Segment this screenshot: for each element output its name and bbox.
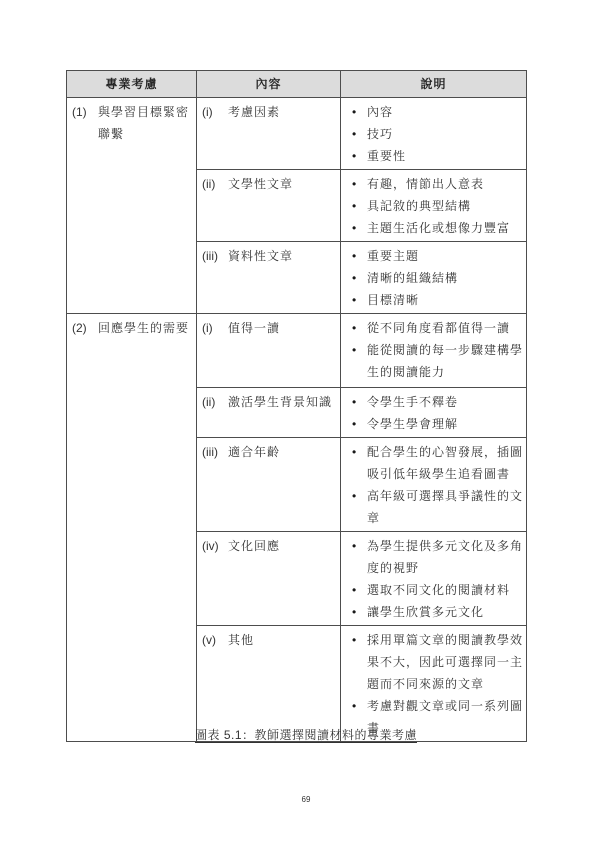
explanation-cell: •從不同角度看都值得一讀 •能從閱讀的每一步驟建構學生的閱讀能力 <box>341 314 527 388</box>
bullet-icon: • <box>352 441 367 463</box>
document-page: { "table": { "headers": ["專業考慮", "內容", "… <box>0 0 612 858</box>
bullet-text: 具記敘的典型結構 <box>367 195 526 217</box>
content-cell: (v) 其他 <box>197 626 341 742</box>
item-number: (iv) <box>202 535 228 557</box>
bullet-icon: • <box>352 535 367 557</box>
item-title: 考慮因素 <box>228 101 340 123</box>
bullet-text: 從不同角度看都值得一讀 <box>367 317 526 339</box>
bullet-icon: • <box>352 217 367 239</box>
bullet-icon: • <box>352 267 367 289</box>
considerations-table-wrap: 專業考慮 內容 說明 (1) 與學習目標緊密聯繫 (i) 考慮因素 <box>66 70 526 742</box>
bullet-icon: • <box>352 485 367 507</box>
bullet-text: 讓學生欣賞多元文化 <box>367 601 526 623</box>
bullet-icon: • <box>352 317 367 339</box>
bullet-text: 有趣，情節出人意表 <box>367 173 526 195</box>
bullet-text: 技巧 <box>367 123 526 145</box>
table-header-row: 專業考慮 內容 說明 <box>67 71 527 98</box>
content-cell: (iii) 適合年齡 <box>197 438 341 532</box>
considerations-table: 專業考慮 內容 說明 (1) 與學習目標緊密聯繫 (i) 考慮因素 <box>66 70 527 742</box>
bullet-icon: • <box>352 289 367 311</box>
table-caption-text: 圖表 5.1：教師選擇閱讀材料的專業考慮 <box>195 728 417 742</box>
item-title: 激活學生背景知識 <box>228 391 340 413</box>
bullet-icon: • <box>352 173 367 195</box>
explanation-cell: •採用單篇文章的閱讀教學效果不大，因此可選擇同一主題而不同來源的文章 •考慮對觀… <box>341 626 527 742</box>
group-number: (2) <box>72 317 98 339</box>
group-label: 回應學生的需要 <box>98 317 196 339</box>
explanation-cell: •有趣，情節出人意表 •具記敘的典型結構 •主題生活化或想像力豐富 <box>341 170 527 242</box>
bullet-text: 內容 <box>367 101 526 123</box>
table-row: (2) 回應學生的需要 (i) 值得一讀 •從不同角度看都值得一讀 •能從閱讀的… <box>67 314 527 388</box>
bullet-icon: • <box>352 245 367 267</box>
item-number: (iii) <box>202 441 228 463</box>
bullet-text: 清晰的組織結構 <box>367 267 526 289</box>
explanation-cell: •配合學生的心智發展，插圖吸引低年級學生追看圖書 •高年級可選擇具爭議性的文章 <box>341 438 527 532</box>
bullet-text: 目標清晰 <box>367 289 526 311</box>
item-number: (v) <box>202 629 228 651</box>
header-content: 內容 <box>197 71 341 98</box>
content-cell: (i) 考慮因素 <box>197 98 341 170</box>
header-explanation: 說明 <box>341 71 527 98</box>
page-number: 69 <box>0 795 612 804</box>
bullet-icon: • <box>352 601 367 623</box>
table-caption: 圖表 5.1：教師選擇閱讀材料的專業考慮 <box>0 726 612 743</box>
content-cell: (ii) 激活學生背景知識 <box>197 388 341 438</box>
explanation-cell: •為學生提供多元文化及多角度的視野 •選取不同文化的閱讀材料 •讓學生欣賞多元文… <box>341 532 527 626</box>
item-number: (i) <box>202 101 228 123</box>
bullet-text: 令學生手不釋卷 <box>367 391 526 413</box>
bullet-icon: • <box>352 629 367 651</box>
bullet-text: 主題生活化或想像力豐富 <box>367 217 526 239</box>
bullet-text: 高年級可選擇具爭議性的文章 <box>367 485 526 529</box>
bullet-text: 能從閱讀的每一步驟建構學生的閱讀能力 <box>367 339 526 383</box>
item-title: 文化回應 <box>228 535 340 557</box>
group-cell-2: (2) 回應學生的需要 <box>67 314 197 742</box>
bullet-text: 令學生學會理解 <box>367 413 526 435</box>
item-title: 文學性文章 <box>228 173 340 195</box>
item-title: 值得一讀 <box>228 317 340 339</box>
explanation-cell: •內容 •技巧 •重要性 <box>341 98 527 170</box>
bullet-icon: • <box>352 339 367 361</box>
bullet-icon: • <box>352 579 367 601</box>
item-title: 資料性文章 <box>228 245 340 267</box>
content-cell: (iii) 資料性文章 <box>197 242 341 314</box>
header-professional-considerations: 專業考慮 <box>67 71 197 98</box>
bullet-text: 採用單篇文章的閱讀教學效果不大，因此可選擇同一主題而不同來源的文章 <box>367 629 526 695</box>
bullet-icon: • <box>352 145 367 167</box>
explanation-cell: •重要主題 •清晰的組織結構 •目標清晰 <box>341 242 527 314</box>
bullet-icon: • <box>352 101 367 123</box>
item-number: (iii) <box>202 245 228 267</box>
bullet-icon: • <box>352 695 367 717</box>
content-cell: (iv) 文化回應 <box>197 532 341 626</box>
bullet-icon: • <box>352 391 367 413</box>
item-title: 其他 <box>228 629 340 651</box>
bullet-text: 選取不同文化的閱讀材料 <box>367 579 526 601</box>
item-title: 適合年齡 <box>228 441 340 463</box>
item-number: (ii) <box>202 391 228 413</box>
group-label: 與學習目標緊密聯繫 <box>98 101 196 145</box>
bullet-text: 重要主題 <box>367 245 526 267</box>
group-cell-1: (1) 與學習目標緊密聯繫 <box>67 98 197 314</box>
group-number: (1) <box>72 101 98 123</box>
table-row: (1) 與學習目標緊密聯繫 (i) 考慮因素 •內容 •技巧 •重要性 <box>67 98 527 170</box>
explanation-cell: •令學生手不釋卷 •令學生學會理解 <box>341 388 527 438</box>
content-cell: (ii) 文學性文章 <box>197 170 341 242</box>
content-cell: (i) 值得一讀 <box>197 314 341 388</box>
bullet-icon: • <box>352 195 367 217</box>
bullet-text: 配合學生的心智發展，插圖吸引低年級學生追看圖書 <box>367 441 526 485</box>
bullet-text: 重要性 <box>367 145 526 167</box>
bullet-icon: • <box>352 123 367 145</box>
bullet-text: 為學生提供多元文化及多角度的視野 <box>367 535 526 579</box>
item-number: (ii) <box>202 173 228 195</box>
bullet-icon: • <box>352 413 367 435</box>
item-number: (i) <box>202 317 228 339</box>
